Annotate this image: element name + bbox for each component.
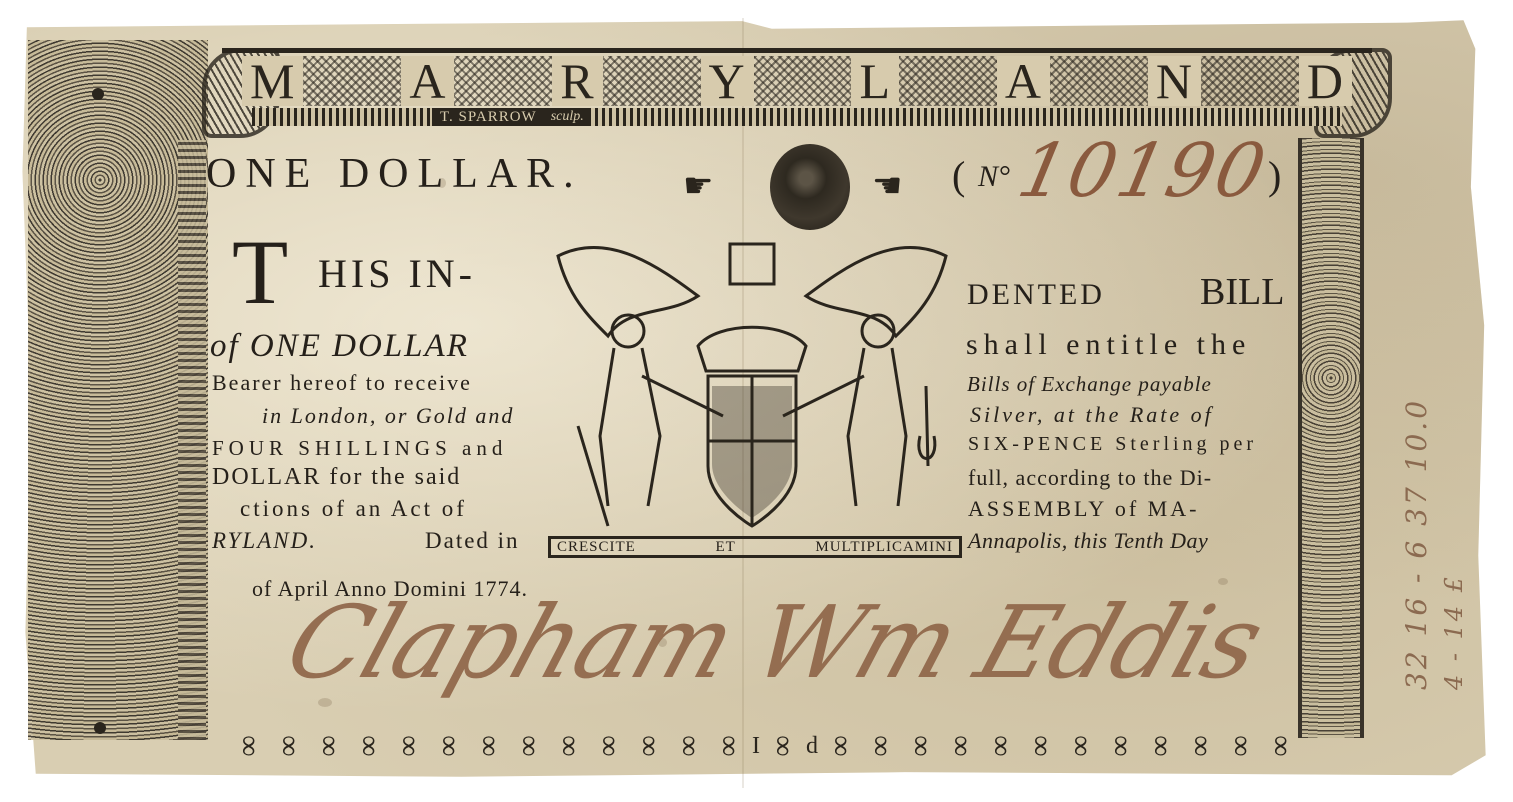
punch-hole [94,722,106,734]
text-line: FOUR SHILLINGS and [212,436,507,461]
text-line: ctions of an Act of [240,496,467,522]
serial-paren-close: ) [1268,152,1281,199]
text-line: DENTED [967,278,1105,312]
ornament-knot-icon: ∞ [821,729,861,763]
engraver-suffix: sculp. [545,108,590,126]
title-rule [222,48,1372,53]
serial-paren-open: ( [952,152,965,199]
ornament-knot-icon: ∞ [429,729,469,763]
margin-handwritten-note: 32 16 - 6 37 10.0 [1400,398,1433,690]
engraver-band: T. SPARROW sculp. [252,108,1342,126]
ornament-knot-icon: ∞ [901,729,941,763]
margin-handwritten-note: 4 - 14 £ [1440,574,1468,690]
title-banner: M A R Y L A N D T. SPARROW sculp. [222,48,1372,130]
right-ornamental-border [1298,138,1364,738]
seal-emblem-icon [770,144,850,230]
ornament-denomination-mark: I [752,733,760,760]
serial-prefix: N° [978,160,1010,194]
punch-hole [92,88,104,100]
ornament-knot-icon: ∞ [981,729,1021,763]
coat-of-arms-vignette [548,236,956,536]
ornament-knot-icon: ∞ [309,729,349,763]
text-line: Annapolis, this Tenth Day [968,528,1208,554]
title-letter: L [851,56,899,106]
ornament-knot-icon: ∞ [709,729,749,763]
ornament-knot-icon: ∞ [549,729,589,763]
text-line: DOLLAR for the said [212,464,461,491]
text-line: Bearer hereof to receive [212,370,472,396]
motto-word: MULTIPLICAMINI [815,539,953,556]
serial-number: 10190 [1011,128,1275,214]
handwritten-signature: Clapham Wm Eddis [273,584,1276,701]
title-letter: A [401,56,454,106]
text-line: ASSEMBLY of MA- [968,496,1199,522]
coat-of-arms-icon [548,236,956,536]
ornament-knot-icon: ∞ [1261,729,1301,763]
title-letter: M [242,56,303,106]
ornament-knot-icon: ∞ [669,729,709,763]
drop-cap: T [232,232,288,312]
title-letter: R [552,56,602,106]
ornament-knot-icon: ∞ [1141,729,1181,763]
pointing-hand-icon: ☛ [683,166,713,206]
motto-word: CRESCITE [557,539,636,556]
ornament-knot-icon: ∞ [469,729,509,763]
left-inner-frame [178,140,206,740]
bottom-ornament-border: ∞∞∞∞∞∞∞∞∞∞∞∞∞I∞d∞∞∞∞∞∞∞∞∞∞∞∞ [232,726,1298,766]
text-line: Bills of Exchange payable [967,372,1212,397]
ornament-knot-icon: ∞ [1061,729,1101,763]
title-letter: D [1299,56,1352,106]
ornament-knot-icon: ∞ [509,729,549,763]
title-letter: Y [701,56,754,106]
motto-banner: CRESCITE ET MULTIPLICAMINI [548,536,962,558]
text-line: full, according to the Di- [968,465,1212,491]
text-line: Silver, at the Rate of [970,402,1214,428]
state-title: M A R Y L A N D [242,56,1352,106]
ornament-knot-icon: ∞ [349,729,389,763]
ornament-knot-icon: ∞ [941,729,981,763]
text-line: HIS IN- [318,250,476,297]
ornament-knot-icon: ∞ [629,729,669,763]
ornament-knot-icon: ∞ [763,729,803,763]
motto-word: ET [715,539,735,556]
ornament-knot-icon: ∞ [589,729,629,763]
text-line: of ONE DOLLAR [210,328,469,365]
ornament-knot-icon: ∞ [1221,729,1261,763]
ornament-knot-icon: ∞ [861,729,901,763]
left-ornamental-border [28,40,208,740]
pointing-hand-icon: ☛ [872,166,902,206]
title-letter: N [1148,56,1201,106]
ornament-knot-icon: ∞ [389,729,429,763]
engraver-name: T. SPARROW [432,108,545,126]
text-line: Dated in [425,528,520,554]
ornament-denomination-mark: d [806,733,818,760]
text-line: shall entitle the [966,328,1251,362]
ornament-knot-icon: ∞ [269,729,309,763]
ornament-knot-icon: ∞ [1181,729,1221,763]
ornament-knot-icon: ∞ [1101,729,1141,763]
text-line: RYLAND. [212,528,317,554]
denomination: ONE DOLLAR. [206,150,583,198]
text-line: BILL [1200,270,1284,314]
text-line: SIX-PENCE Sterling per [968,433,1257,456]
text-line: in London, or Gold and [262,403,514,429]
ornament-knot-icon: ∞ [1021,729,1061,763]
title-letter: A [997,56,1050,106]
ornament-knot-icon: ∞ [229,729,269,763]
